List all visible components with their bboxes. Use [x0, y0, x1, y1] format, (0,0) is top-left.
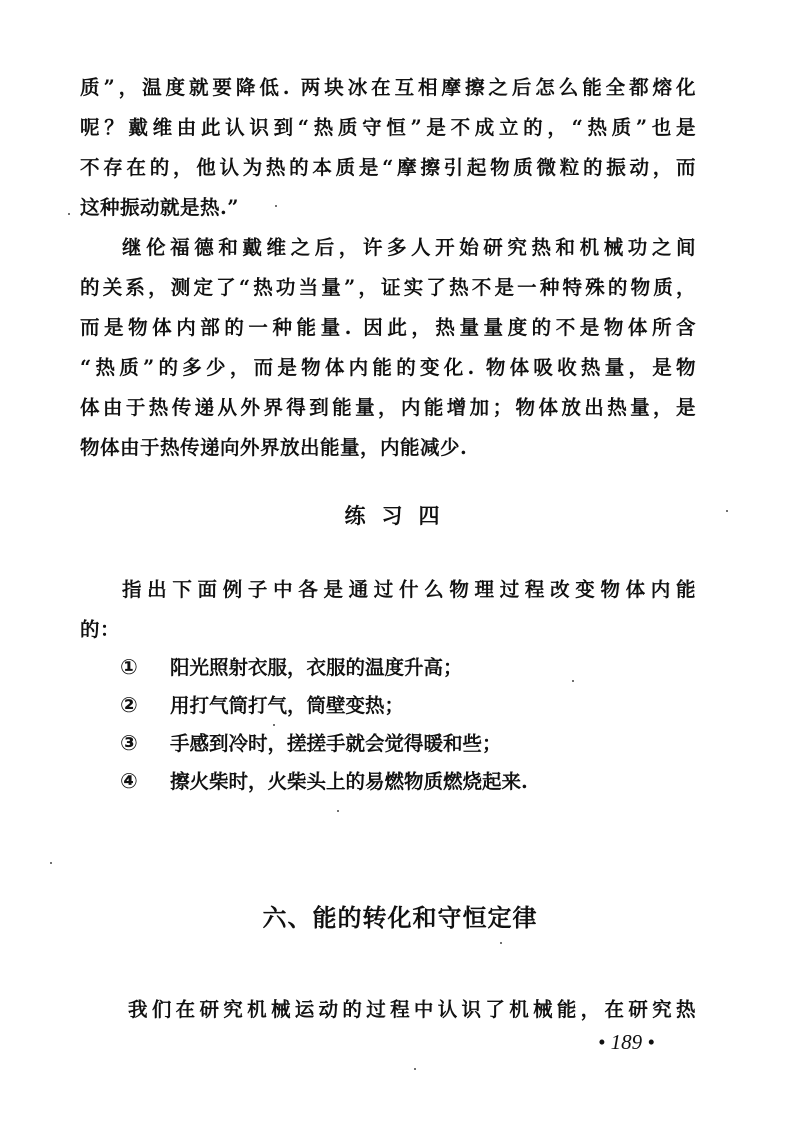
item-number: ② [120, 690, 170, 720]
item-text: 用打气筒打气，筒壁变热； [170, 694, 404, 717]
section-first-line: 我们在研究机械运动的过程中认识了机械能，在研究热 [128, 995, 696, 1025]
scan-speck [337, 810, 339, 812]
text-line: “热质”的多少，而是物体内能的变化. 物体吸收热量，是物 [80, 353, 696, 383]
scan-speck [275, 205, 277, 207]
item-number: ③ [120, 728, 170, 758]
section-title: 六、能的转化和守恒定律 [0, 898, 800, 933]
item-text: 擦火柴时，火柴头上的易燃物质燃烧起来. [170, 770, 528, 793]
item-number: ④ [120, 766, 170, 796]
scan-speck [50, 862, 52, 864]
list-item: ③手感到冷时，搓搓手就会觉得暖和些； [120, 728, 502, 759]
text-line: 而是物体内部的一种能量. 因此，热量量度的不是物体所含 [80, 313, 696, 343]
scan-speck [500, 942, 502, 944]
text-line: 体由于热传递从外界得到能量，内能增加；物体放出热量，是 [80, 393, 696, 423]
text-line: 不存在的，他认为热的本质是“摩擦引起物质微粒的振动，而 [80, 153, 696, 183]
item-text: 阳光照射衣服，衣服的温度升高； [170, 656, 463, 679]
text-line: 质”，温度就要降低. 两块冰在互相摩擦之后怎么能全都熔化 [80, 73, 696, 103]
list-item: ④擦火柴时，火柴头上的易燃物质燃烧起来. [120, 766, 528, 797]
exercise-title: 练习四 [0, 500, 800, 530]
text-line: 这种振动就是热.” [80, 193, 696, 223]
scan-speck [273, 724, 275, 726]
page-number: • 189 • [598, 1030, 655, 1055]
text-line: 呢？戴维由此认识到“热质守恒”是不成立的，“热质”也是 [80, 113, 696, 143]
scan-speck [572, 680, 574, 682]
item-text: 手感到冷时，搓搓手就会觉得暖和些； [170, 732, 502, 755]
text-line: 的关系，测定了“热功当量”，证实了热不是一种特殊的物质， [80, 273, 696, 303]
text-line: 物体由于热传递向外界放出能量，内能减少. [80, 433, 696, 463]
text-line: 继伦福德和戴维之后，许多人开始研究热和机械功之间 [122, 233, 696, 263]
scan-speck [414, 1068, 416, 1070]
list-item: ②用打气筒打气，筒壁变热； [120, 690, 404, 721]
text-line: 的： [80, 615, 696, 645]
list-item: ①阳光照射衣服，衣服的温度升高； [120, 652, 463, 683]
scan-speck [68, 213, 70, 215]
scan-speck [726, 510, 728, 512]
text-line: 指出下面例子中各是通过什么物理过程改变物体内能 [122, 575, 696, 605]
item-number: ① [120, 652, 170, 682]
